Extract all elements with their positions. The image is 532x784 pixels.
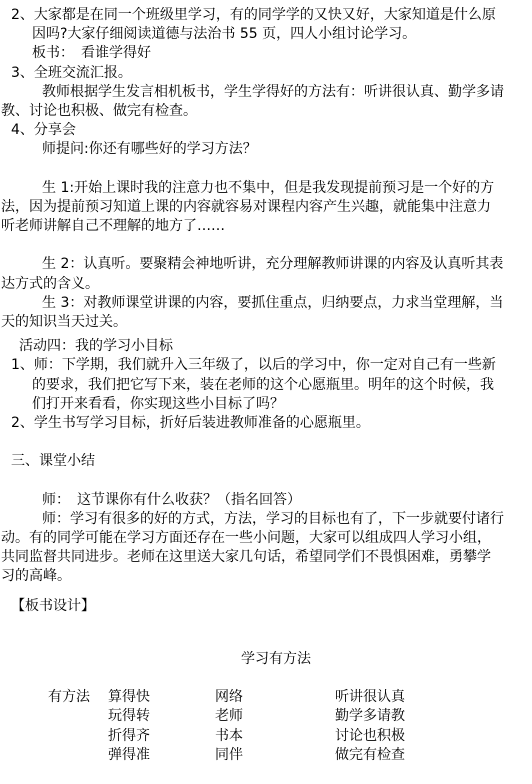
blank-line (0, 236, 532, 255)
doc-line: 共同监督共同进步。老师在这里送大家几句话，希望同学们不畏惧困难，勇攀学 (0, 548, 532, 567)
doc-line: 的要求，我们把它写下来，装在老师的这个心愿瓶里。明年的这个时候，我 (0, 376, 532, 395)
doc-line: 4、分享会 (0, 121, 532, 140)
board-row: 玩得转 老师 勤学多请教 (0, 707, 532, 726)
doc-line: 师：学习有很多的好的方式，方法，学习的目标也有了，下一步就要付诸行 (0, 510, 532, 529)
doc-line: 们打开来看看，你实现这些小目标了吗？ (0, 395, 532, 414)
blank-line (0, 669, 532, 688)
board-cell: 听讲很认真 (335, 688, 405, 707)
doc-line: 天的知识当天过关。 (0, 313, 532, 332)
doc-line: 教、讨论也积极、做完有检查。 (0, 102, 532, 121)
doc-line: 2、学生书写学习目标，折好后装进教师准备的心愿瓶里。 (0, 414, 532, 433)
board-cell: 讨论也积极 (335, 727, 405, 746)
board-cell: 书本 (215, 727, 243, 746)
doc-line: 1、师：下学期，我们就升入三年级了，以后的学习中，你一定对自己有一些新 (0, 356, 532, 375)
doc-line: 达方式的含义。 (0, 275, 532, 294)
document-page: 2、大家都是在同一个班级里学习，有的同学学的又快又好，大家知道是什么原 因吗?大… (0, 0, 532, 784)
board-cell: 同伴 (215, 746, 243, 765)
activity-heading: 活动四：我的学习小目标 (0, 337, 532, 356)
blank-line (0, 160, 532, 179)
board-cell: 做完有检查 (335, 746, 405, 765)
blank-line (0, 587, 532, 597)
board-cell: 网络 (215, 688, 243, 707)
section-heading-board-design: 【板书设计】 (0, 597, 532, 616)
blank-line (0, 616, 532, 633)
doc-line: 3、全班交流汇报。 (0, 64, 532, 83)
doc-line: 因吗?大家仔细阅读道德与法治书 55 页，四人小组讨论学习。 (0, 25, 532, 44)
doc-line: 师提问:你还有哪些好的学习方法？ (0, 140, 532, 159)
doc-line-student3: 生 3：对教师课堂讲课的内容，要抓住重点，归纳要点，力求当堂理解，当 (0, 294, 532, 313)
doc-line: 教师根据学生发言相机板书，学生学得好的方法有：听讲很认真、勤学多请 (0, 83, 532, 102)
board-title: 学习有方法 (0, 650, 532, 669)
board-cell: 勤学多请教 (335, 707, 405, 726)
doc-line-board-note: 板书： 看谁学得好 (0, 44, 532, 63)
doc-line: 习的高峰。 (0, 567, 532, 586)
board-cell: 老师 (215, 707, 243, 726)
doc-line: 动。有的同学可能在学习方面还存在一些小问题，大家可以组成四人学习小组， (0, 529, 532, 548)
board-row: 弹得准 同伴 做完有检查 (0, 746, 532, 765)
board-cell: 折得齐 (108, 727, 150, 746)
doc-line: 师： 这节课你有什么收获？（指名回答） (0, 491, 532, 510)
blank-line (0, 633, 532, 650)
board-row: 折得齐 书本 讨论也积极 (0, 727, 532, 746)
doc-line-student2: 生 2：认真听。要聚精会神地听讲，充分理解教师讲课的内容及认真听其表 (0, 255, 532, 274)
board-cell: 算得快 (108, 688, 150, 707)
doc-line: 听老师讲解自己不理解的地方了…… (0, 217, 532, 236)
board-table: 有方法 算得快 网络 听讲很认真 玩得转 老师 勤学多请教 折得齐 书本 讨论也… (0, 688, 532, 765)
doc-line: 2、大家都是在同一个班级里学习，有的同学学的又快又好，大家知道是什么原 (0, 6, 532, 25)
blank-line (0, 472, 532, 491)
board-cell: 玩得转 (108, 707, 150, 726)
section-heading-summary: 三、课堂小结 (0, 452, 532, 471)
doc-line-student1: 生 1:开始上课时我的注意力也不集中，但是我发现提前预习是一个好的方 (0, 179, 532, 198)
board-cell: 有方法 (48, 688, 90, 707)
doc-line: 法，因为提前预习知道上课的内容就容易对课程内容产生兴趣，就能集中注意力 (0, 198, 532, 217)
board-cell: 弹得准 (108, 746, 150, 765)
blank-line (0, 433, 532, 452)
board-row: 有方法 算得快 网络 听讲很认真 (0, 688, 532, 707)
